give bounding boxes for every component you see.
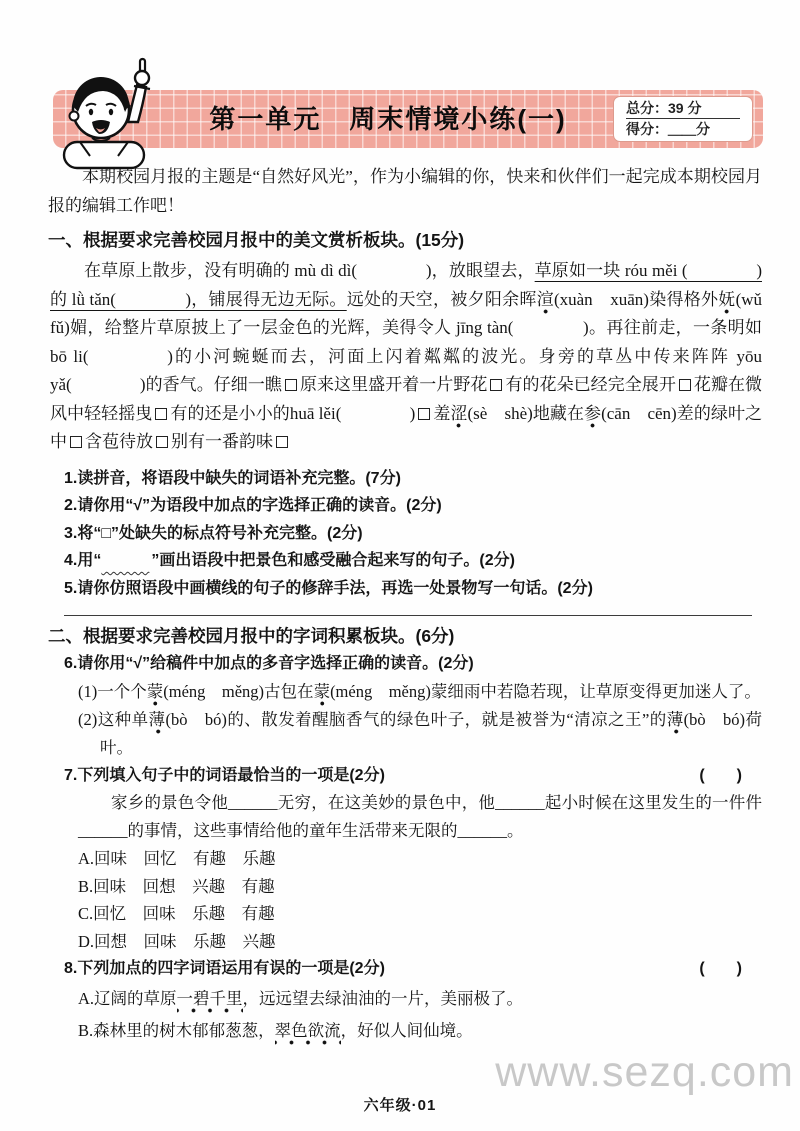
score-box: 总分：39 分 得分：＿＿分: [613, 96, 753, 142]
reading-passage: 在草原上散步，没有明确的 mù dì dì( )，放眼望去，草原如一块 róu …: [50, 257, 762, 457]
text-segment: 4.用“: [64, 552, 101, 569]
text-segment: 3.将“□”处缺失的标点符号补充完整。(2分): [64, 525, 363, 542]
exam-page: 第一单元 周末情境小练(一) 总分：39 分 得分：＿＿分: [0, 0, 800, 1131]
text-segment: 蒙: [147, 682, 164, 701]
question-7-sentence: 家乡的景色令他______无穷，在这美妙的景色中，他______起小时候在这里发…: [78, 789, 762, 845]
question-2: 2.请你用“√”为语段中加点的字选择正确的读音。(2分): [64, 492, 762, 520]
text-segment: (xuàn xuān)染得格外: [554, 290, 718, 309]
question-8-answer-bracket: ( ): [699, 955, 742, 983]
question-7-answer-bracket: ( ): [699, 762, 742, 790]
question-7: 7.下列填入句子中的词语最恰当的一项是(2分) ( ): [64, 762, 762, 790]
page-number: 六年级·01: [0, 1094, 800, 1115]
text-segment: 含苞待放: [85, 432, 153, 451]
question-7-option-a: A.回味 回忆 有趣 乐趣: [78, 845, 762, 873]
text-segment: (bò bó)的、散发着醒脑香气的绿色叶子，就是被誉为“清凉之王”的: [166, 710, 667, 729]
text-segment: B.森林里的树木郁郁葱葱，: [78, 1021, 275, 1040]
total-score-label: 总分：: [626, 100, 668, 116]
text-segment: 参: [584, 404, 601, 423]
watermark: www.sezq.com: [495, 1048, 794, 1097]
got-score-label: 得分：: [626, 121, 668, 137]
punctuation-box: [418, 408, 430, 420]
question-6-item-1: (1)一个个蒙(méng měng)古包在蒙(méng měng)蒙细雨中若隐若…: [78, 678, 762, 706]
punctuation-box: [156, 436, 168, 448]
text-segment: 一碧千里: [177, 989, 243, 1008]
punctuation-box: [276, 436, 288, 448]
text-segment: [101, 547, 151, 575]
text-segment: 翠色欲流: [275, 1021, 341, 1040]
question-8-option-a: A.辽阔的草原一碧千里，远远望去绿油油的一片，美丽极了。: [78, 983, 762, 1015]
pointing-boy-icon: [44, 52, 192, 172]
text-segment: 薄: [667, 710, 684, 729]
text-segment: 薄: [149, 710, 166, 729]
text-segment: ，好似人间仙境。: [341, 1021, 473, 1040]
punctuation-box: [155, 408, 167, 420]
text-segment: 在草原上散步，没有明确的 mù dì dì( )，放眼望去，: [84, 261, 535, 280]
text-segment: 妩: [718, 290, 735, 309]
text-segment: 1.读拼音，将语段中缺失的词语补充完整。(7分): [64, 470, 401, 487]
total-score-row: 总分：39 分: [626, 98, 740, 119]
question-6: 6.请你用“√”给稿件中加点的多音字选择正确的读音。(2分): [64, 650, 762, 678]
question-4: 4.用“ ”画出语段中把景色和感受融合起来写的句子。(2分): [64, 547, 762, 575]
text-segment: (sè shè)地藏在: [468, 404, 585, 423]
text-segment: 蒙: [314, 682, 331, 701]
text-segment: 原来这里盛开着一片野花: [300, 375, 487, 394]
section2-heading: 二、根据要求完善校园月报中的字词积累板块。(6分): [48, 623, 762, 650]
got-score-value: ＿＿分: [668, 121, 710, 137]
text-segment: (1)一个个: [78, 682, 147, 701]
text-segment: 羞: [433, 404, 450, 423]
text-segment: 别有一番韵味: [171, 432, 273, 451]
text-segment: 涩: [450, 404, 467, 423]
text-segment: 远处的天空，被夕阳余晖: [347, 290, 537, 309]
text-segment: ”画出语段中把景色和感受融合起来写的句子。(2分): [151, 552, 515, 569]
question-8: 8.下列加点的四字词语运用有误的一项是(2分) ( ): [64, 955, 762, 983]
page-title: 第一单元 周末情境小练(一): [173, 90, 603, 148]
text-segment: 有的花朵已经完全展开: [505, 375, 675, 394]
text-segment: 渲: [537, 290, 554, 309]
text-segment: 5.请你仿照语段中画横线的句子的修辞手法，再选一处景物写一句话。(2分): [64, 580, 593, 597]
question-8-option-b: B.森林里的树木郁郁葱葱，翠色欲流，好似人间仙境。: [78, 1015, 762, 1047]
question-1: 1.读拼音，将语段中缺失的词语补充完整。(7分): [64, 465, 762, 493]
punctuation-box: [679, 379, 691, 391]
text-segment: (méng měng)蒙细雨中若隐若现，让草原变得更加迷人了。: [330, 682, 761, 701]
text-segment: 2.请你用“√”为语段中加点的字选择正确的读音。(2分): [64, 497, 442, 514]
total-score-value: 39 分: [668, 100, 701, 116]
punctuation-box: [285, 379, 297, 391]
question-8-stem: 8.下列加点的四字词语运用有误的一项是(2分): [64, 955, 385, 983]
text-segment: (méng měng)古包在: [163, 682, 313, 701]
question-6-item-2: (2)这种单薄(bò bó)的、散发着醒脑香气的绿色叶子，就是被誉为“清凉之王”…: [78, 706, 762, 762]
text-segment: A.辽阔的草原: [78, 989, 177, 1008]
got-score-row: 得分：＿＿分: [626, 119, 740, 140]
content-area: 本期校园月报的主题是“自然好风光”，作为小编辑的你，快来和伙伴们一起完成本期校园…: [48, 162, 762, 1047]
question-7-option-d: D.回想 回味 乐趣 兴趣: [78, 928, 762, 956]
question-5: 5.请你仿照语段中画横线的句子的修辞手法，再选一处景物写一句话。(2分): [64, 575, 762, 603]
question-7-stem: 7.下列填入句子中的词语最恰当的一项是(2分): [64, 762, 385, 790]
section1-heading: 一、根据要求完善校园月报中的美文赏析板块。(15分): [48, 227, 762, 254]
punctuation-box: [490, 379, 502, 391]
question-7-option-c: C.回忆 回味 乐趣 有趣: [78, 900, 762, 928]
text-segment: 有的还是小小的huā lěi( ): [170, 404, 415, 423]
question-7-option-b: B.回味 回想 兴趣 有趣: [78, 873, 762, 901]
section-divider: [64, 615, 752, 616]
text-segment: ，远远望去绿油油的一片，美丽极了。: [243, 989, 524, 1008]
punctuation-box: [70, 436, 82, 448]
question-3: 3.将“□”处缺失的标点符号补充完整。(2分): [64, 520, 762, 548]
text-segment: (2)这种单: [78, 710, 149, 729]
